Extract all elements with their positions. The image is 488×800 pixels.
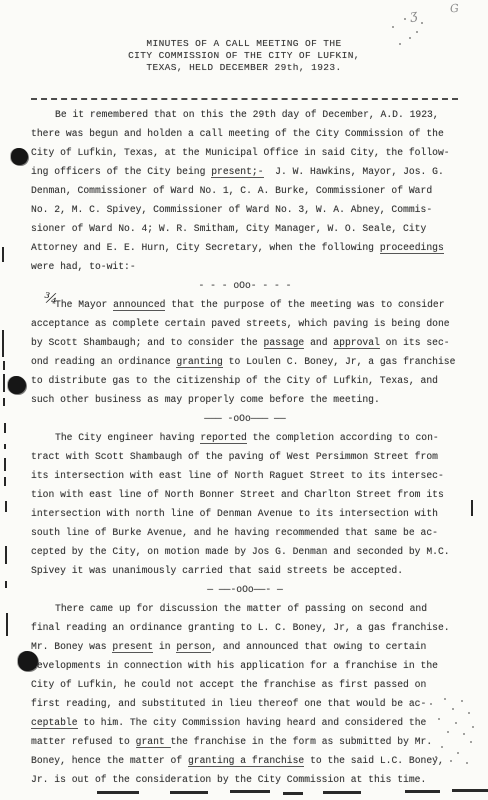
handwritten-paragraph-mark: ¾ (43, 290, 58, 308)
page-edge-scan-mark (4, 458, 6, 471)
page-edge-scan-mark (471, 500, 473, 516)
title-line-1: MINUTES OF A CALL MEETING OF THE (0, 38, 488, 50)
bottom-rule-segment (405, 790, 440, 793)
bottom-rule-segment (97, 791, 139, 794)
scan-speckle (416, 31, 418, 33)
page-edge-scan-mark (2, 247, 4, 262)
scan-speckle (466, 762, 468, 764)
title-line-2: CITY COMMISSION OF THE CITY OF LUFKIN, (0, 50, 488, 62)
ink-blot-stain (8, 376, 26, 394)
title-line-3: TEXAS, HELD DECEMBER 29th, 1923. (0, 62, 488, 74)
page-edge-scan-mark (2, 330, 4, 357)
page-edge-scan-mark (6, 613, 8, 636)
paragraph: Be it remembered that on this the 29th d… (31, 105, 459, 276)
scan-speckle (404, 18, 406, 20)
scan-speckle (392, 26, 394, 28)
page-edge-scan-mark (5, 501, 7, 512)
section-separator: - - - oOo- - - - (31, 276, 459, 295)
paragraph: There came up for discussion the matter … (31, 599, 459, 789)
scan-speckle (470, 741, 472, 743)
page-edge-scan-mark (3, 398, 5, 406)
dashed-rule (31, 98, 458, 100)
bottom-rule-segment (230, 790, 270, 793)
scanned-document-page: MINUTES OF A CALL MEETING OF THE CITY CO… (0, 0, 488, 800)
document-title: MINUTES OF A CALL MEETING OF THE CITY CO… (0, 38, 488, 74)
bottom-rule-segment (170, 791, 208, 794)
handwritten-pencil-mark: ʒ (409, 8, 418, 24)
page-edge-scan-mark (3, 374, 5, 392)
page-edge-scan-mark (4, 477, 6, 486)
paragraph: The Mayor announced that the purpose of … (31, 295, 459, 409)
handwritten-pencil-mark: G (449, 2, 459, 16)
page-edge-scan-mark (4, 423, 6, 433)
document-body: Be it remembered that on this the 29th d… (31, 105, 459, 789)
paragraph: The City engineer having reported the co… (31, 428, 459, 580)
scan-speckle (461, 700, 463, 702)
ink-blot-stain (11, 148, 28, 165)
page-edge-scan-mark (5, 546, 7, 564)
section-separator: ——— -oOo——— —— (31, 409, 459, 428)
bottom-rule-segment (323, 791, 361, 794)
section-separator: — ——-oOo——- — (31, 580, 459, 599)
scan-speckle (472, 726, 474, 728)
scan-speckle (463, 733, 465, 735)
scan-speckle (468, 712, 470, 714)
page-edge-scan-mark (4, 444, 6, 449)
bottom-rule-segment (452, 789, 488, 792)
page-edge-scan-mark (3, 361, 5, 370)
bottom-rule-segment (283, 792, 303, 795)
scan-speckle (421, 22, 423, 24)
page-edge-scan-mark (5, 581, 7, 588)
